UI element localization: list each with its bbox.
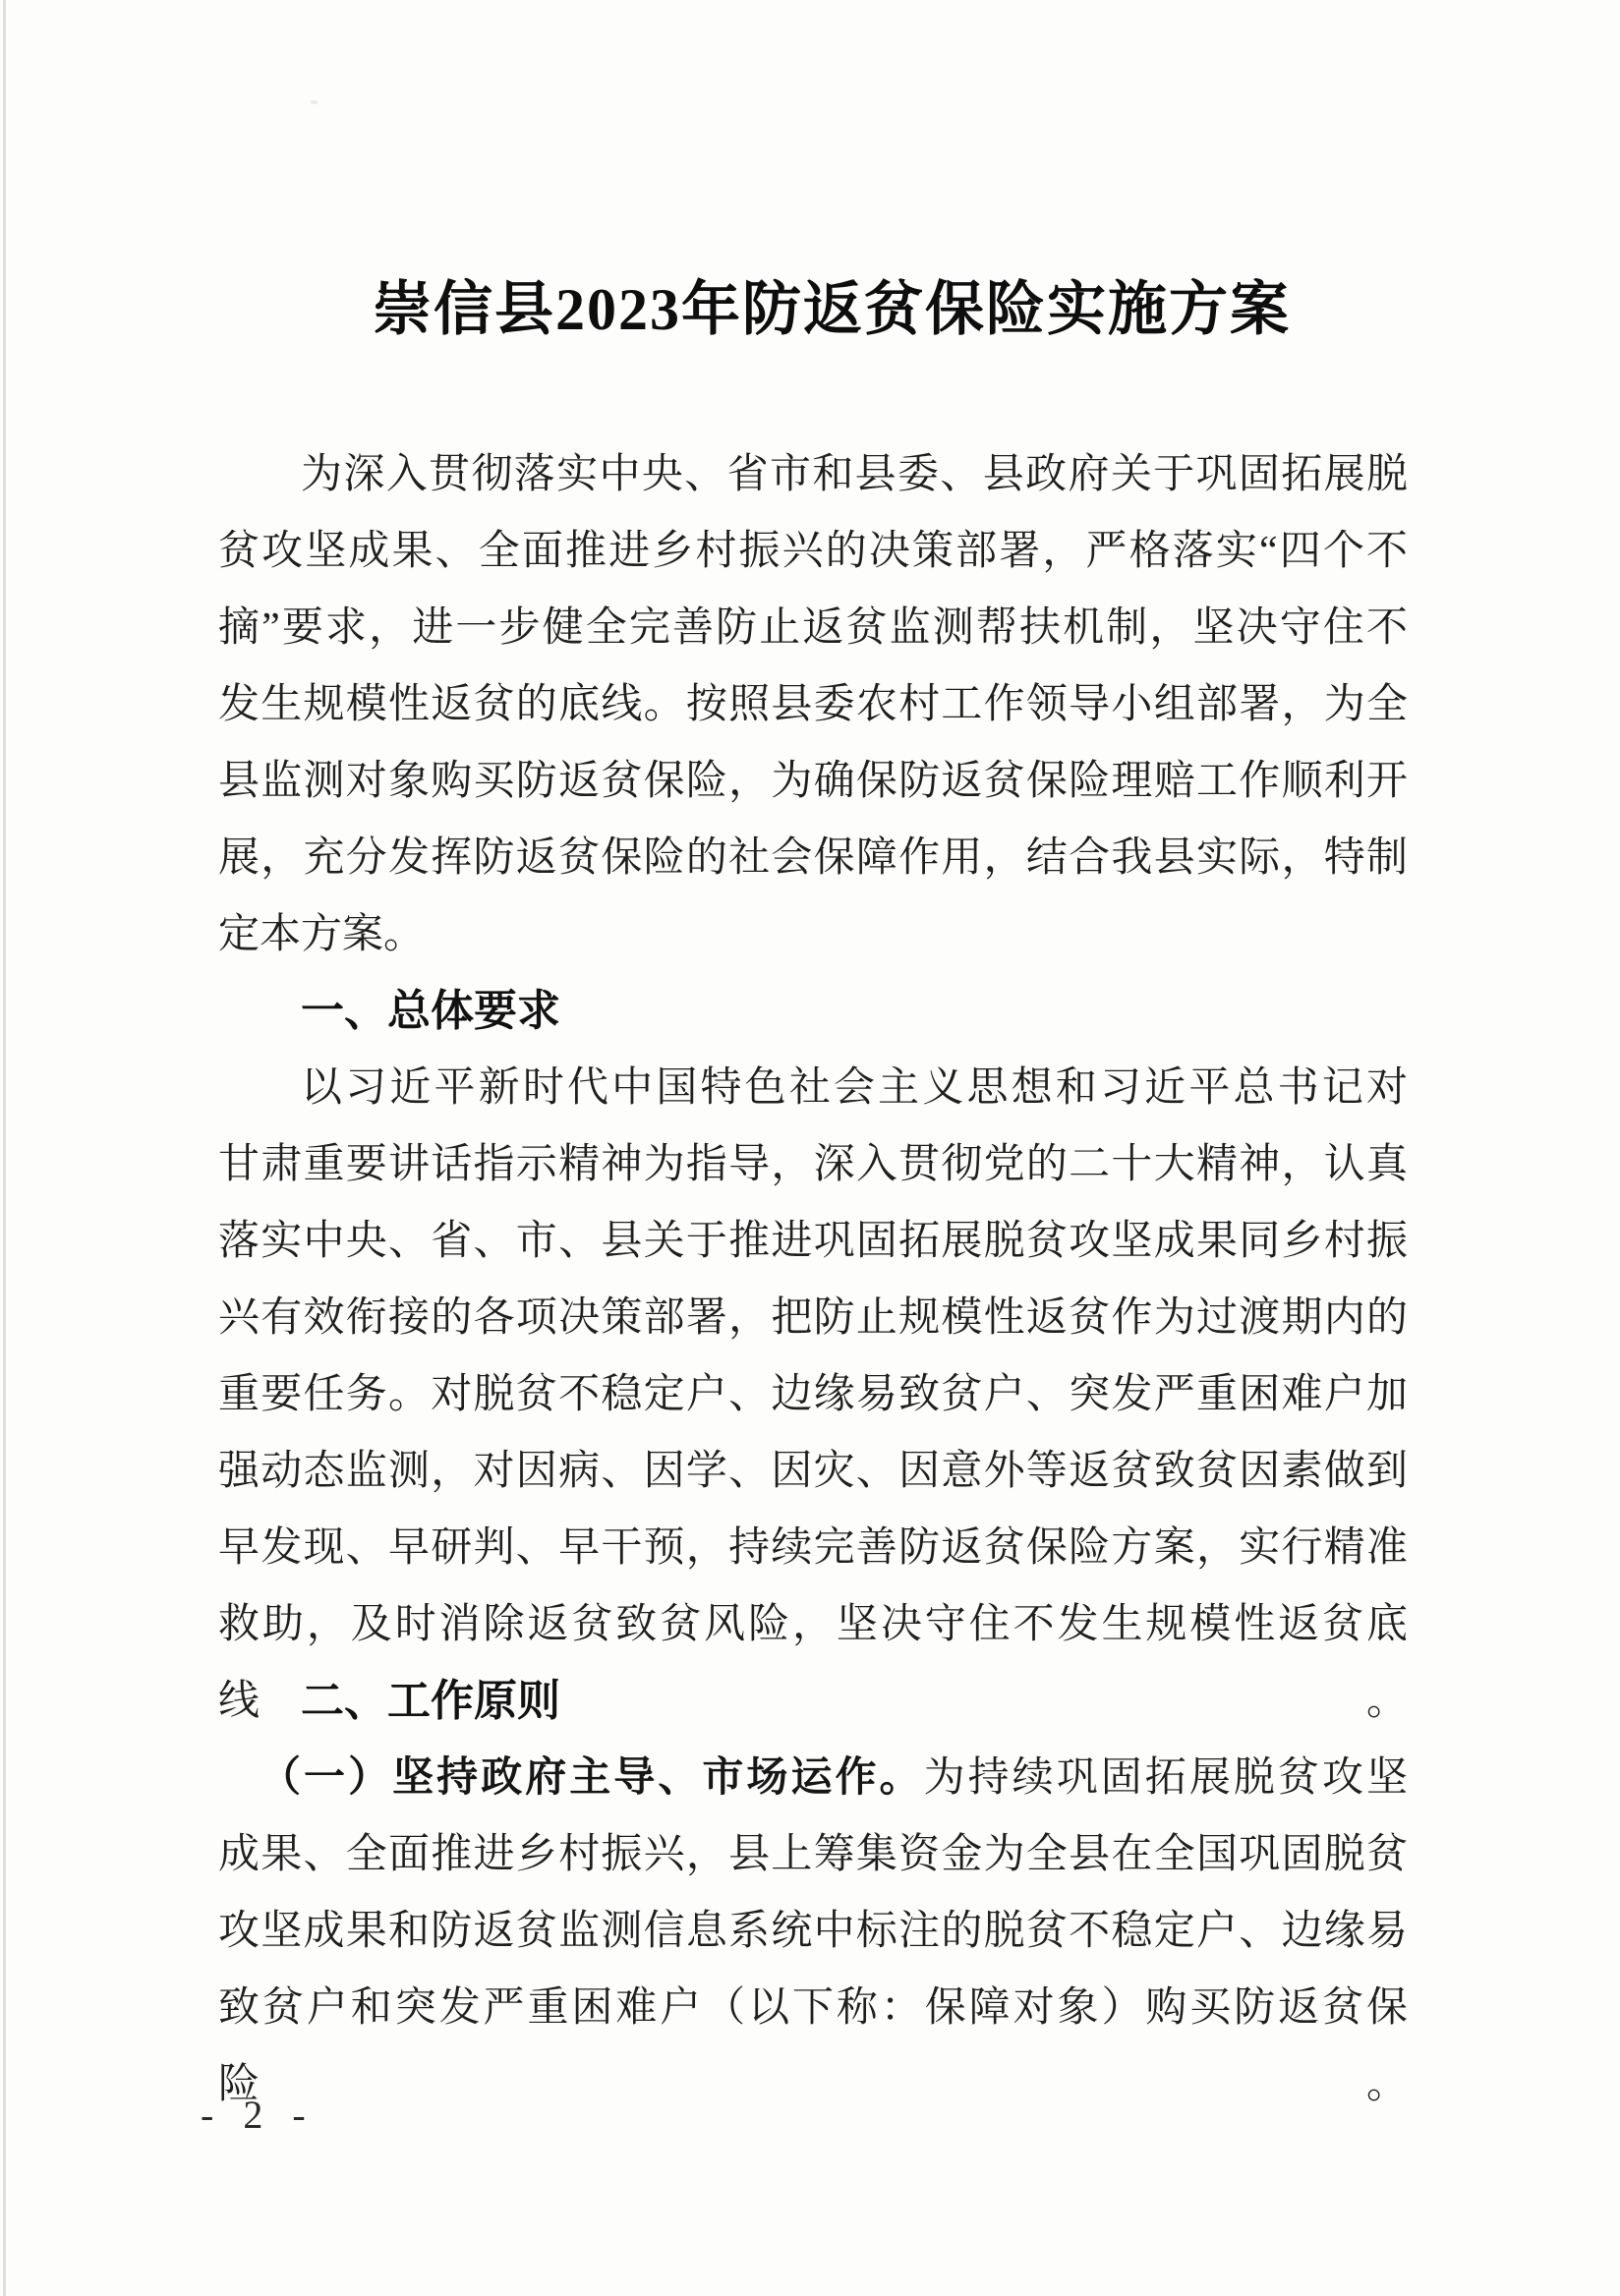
document-title: 崇信县2023年防返贫保险实施方案 xyxy=(0,273,1620,346)
text-line: 为深入贯彻落实中央、省市和县委、县政府关于巩固拓展脱 xyxy=(218,436,1408,513)
body-text: 落实中央、省、市、县关于推进巩固拓展脱贫攻坚成果同乡村振 xyxy=(218,1219,1408,1264)
body-text: 攻坚成果和防返贫监测信息系统中标注的脱贫不稳定户、边缘易 xyxy=(218,1909,1408,1954)
body-text: 县监测对象购买防返贫保险，为确保防返贫保险理赔工作顺利开 xyxy=(218,759,1408,804)
text-line: 兴有效衔接的各项决策部署，把防止规模性返贫作为过渡期内的 xyxy=(218,1280,1408,1356)
document-page: 崇信县2023年防返贫保险实施方案 为深入贯彻落实中央、省市和县委、县政府关于巩… xyxy=(0,0,1620,2296)
bold-lead-text: （一）坚持政府主导、市场运作。 xyxy=(260,1755,924,1801)
body-text: 摘”要求，进一步健全完善防止返贫监测帮扶机制，坚决守住不 xyxy=(218,605,1408,651)
body-text: 贫攻坚成果、全面推进乡村振兴的决策部署，严格落实“四个不 xyxy=(218,529,1408,574)
body-text: 发生规模性返贫的底线。按照县委农村工作领导小组部署，为全 xyxy=(218,682,1408,727)
text-line: 早发现、早研判、早干预，持续完善防返贫保险方案，实行精准 xyxy=(218,1510,1408,1586)
text-line: 落实中央、省、市、县关于推进巩固拓展脱贫攻坚成果同乡村振 xyxy=(218,1203,1408,1280)
text-line: 重要任务。对脱贫不稳定户、边缘易致贫户、突发严重困难户加 xyxy=(218,1356,1408,1433)
text-line: 展，充分发挥防返贫保险的社会保障作用，结合我县实际，特制 xyxy=(218,820,1408,896)
body-text: 甘肃重要讲话指示精神为指导，深入贯彻党的二十大精神，认真 xyxy=(218,1142,1408,1187)
body-text: 为深入贯彻落实中央、省市和县委、县政府关于巩固拓展脱 xyxy=(301,452,1408,497)
body-text: 兴有效衔接的各项决策部署，把防止规模性返贫作为过渡期内的 xyxy=(218,1295,1408,1341)
text-line: 县监测对象购买防返贫保险，为确保防返贫保险理赔工作顺利开 xyxy=(218,743,1408,820)
text-line: 以习近平新时代中国特色社会主义思想和习近平总书记对 xyxy=(218,1050,1408,1126)
body-text: 定本方案。 xyxy=(218,912,425,957)
text-line: 贫攻坚成果、全面推进乡村振兴的决策部署，严格落实“四个不 xyxy=(218,513,1408,590)
text-line: 救助，及时消除返贫致贫风险，坚决守住不发生规模性返贫底线。 xyxy=(218,1586,1408,1663)
text-line: 成果、全面推进乡村振兴，县上筹集资金为全县在全国巩固脱贫 xyxy=(218,1816,1408,1893)
body-text: 以习近平新时代中国特色社会主义思想和习近平总书记对 xyxy=(301,1065,1408,1111)
body-text: 强动态监测，对因病、因学、因灾、因意外等返贫致贫因素做到 xyxy=(218,1449,1408,1494)
body-text: 早发现、早研判、早干预，持续完善防返贫保险方案，实行精准 xyxy=(218,1525,1408,1571)
page-number: - 2 - xyxy=(201,2088,316,2143)
body-text: 成果、全面推进乡村振兴，县上筹集资金为全县在全国巩固脱贫 xyxy=(218,1832,1408,1877)
text-line: 定本方案。 xyxy=(218,896,1408,973)
text-line: 致贫户和突发严重困难户（以下称：保障对象）购买防返贫保险。 xyxy=(218,1970,1408,2046)
document-body: 为深入贯彻落实中央、省市和县委、县政府关于巩固拓展脱贫攻坚成果、全面推进乡村振兴… xyxy=(218,436,1408,2046)
text-line: （一）坚持政府主导、市场运作。为持续巩固拓展脱贫攻坚 xyxy=(218,1740,1408,1816)
text-line: 甘肃重要讲话指示精神为指导，深入贯彻党的二十大精神，认真 xyxy=(218,1126,1408,1203)
text-line: 强动态监测，对因病、因学、因灾、因意外等返贫致贫因素做到 xyxy=(218,1433,1408,1510)
text-line: 发生规模性返贫的底线。按照县委农村工作领导小组部署，为全 xyxy=(218,666,1408,743)
body-text: 为持续巩固拓展脱贫攻坚 xyxy=(924,1755,1408,1801)
text-line: 摘”要求，进一步健全完善防止返贫监测帮扶机制，坚决守住不 xyxy=(218,590,1408,666)
body-text: 致贫户和突发严重困难户（以下称：保障对象）购买防返贫保险。 xyxy=(218,1985,1408,2107)
body-text: 重要任务。对脱贫不稳定户、边缘易致贫户、突发严重困难户加 xyxy=(218,1372,1408,1417)
section-heading: 一、总体要求 xyxy=(218,973,1408,1050)
body-text: 展，充分发挥防返贫保险的社会保障作用，结合我县实际，特制 xyxy=(218,835,1408,881)
scan-speck xyxy=(311,100,318,104)
text-line: 攻坚成果和防返贫监测信息系统中标注的脱贫不稳定户、边缘易 xyxy=(218,1893,1408,1970)
